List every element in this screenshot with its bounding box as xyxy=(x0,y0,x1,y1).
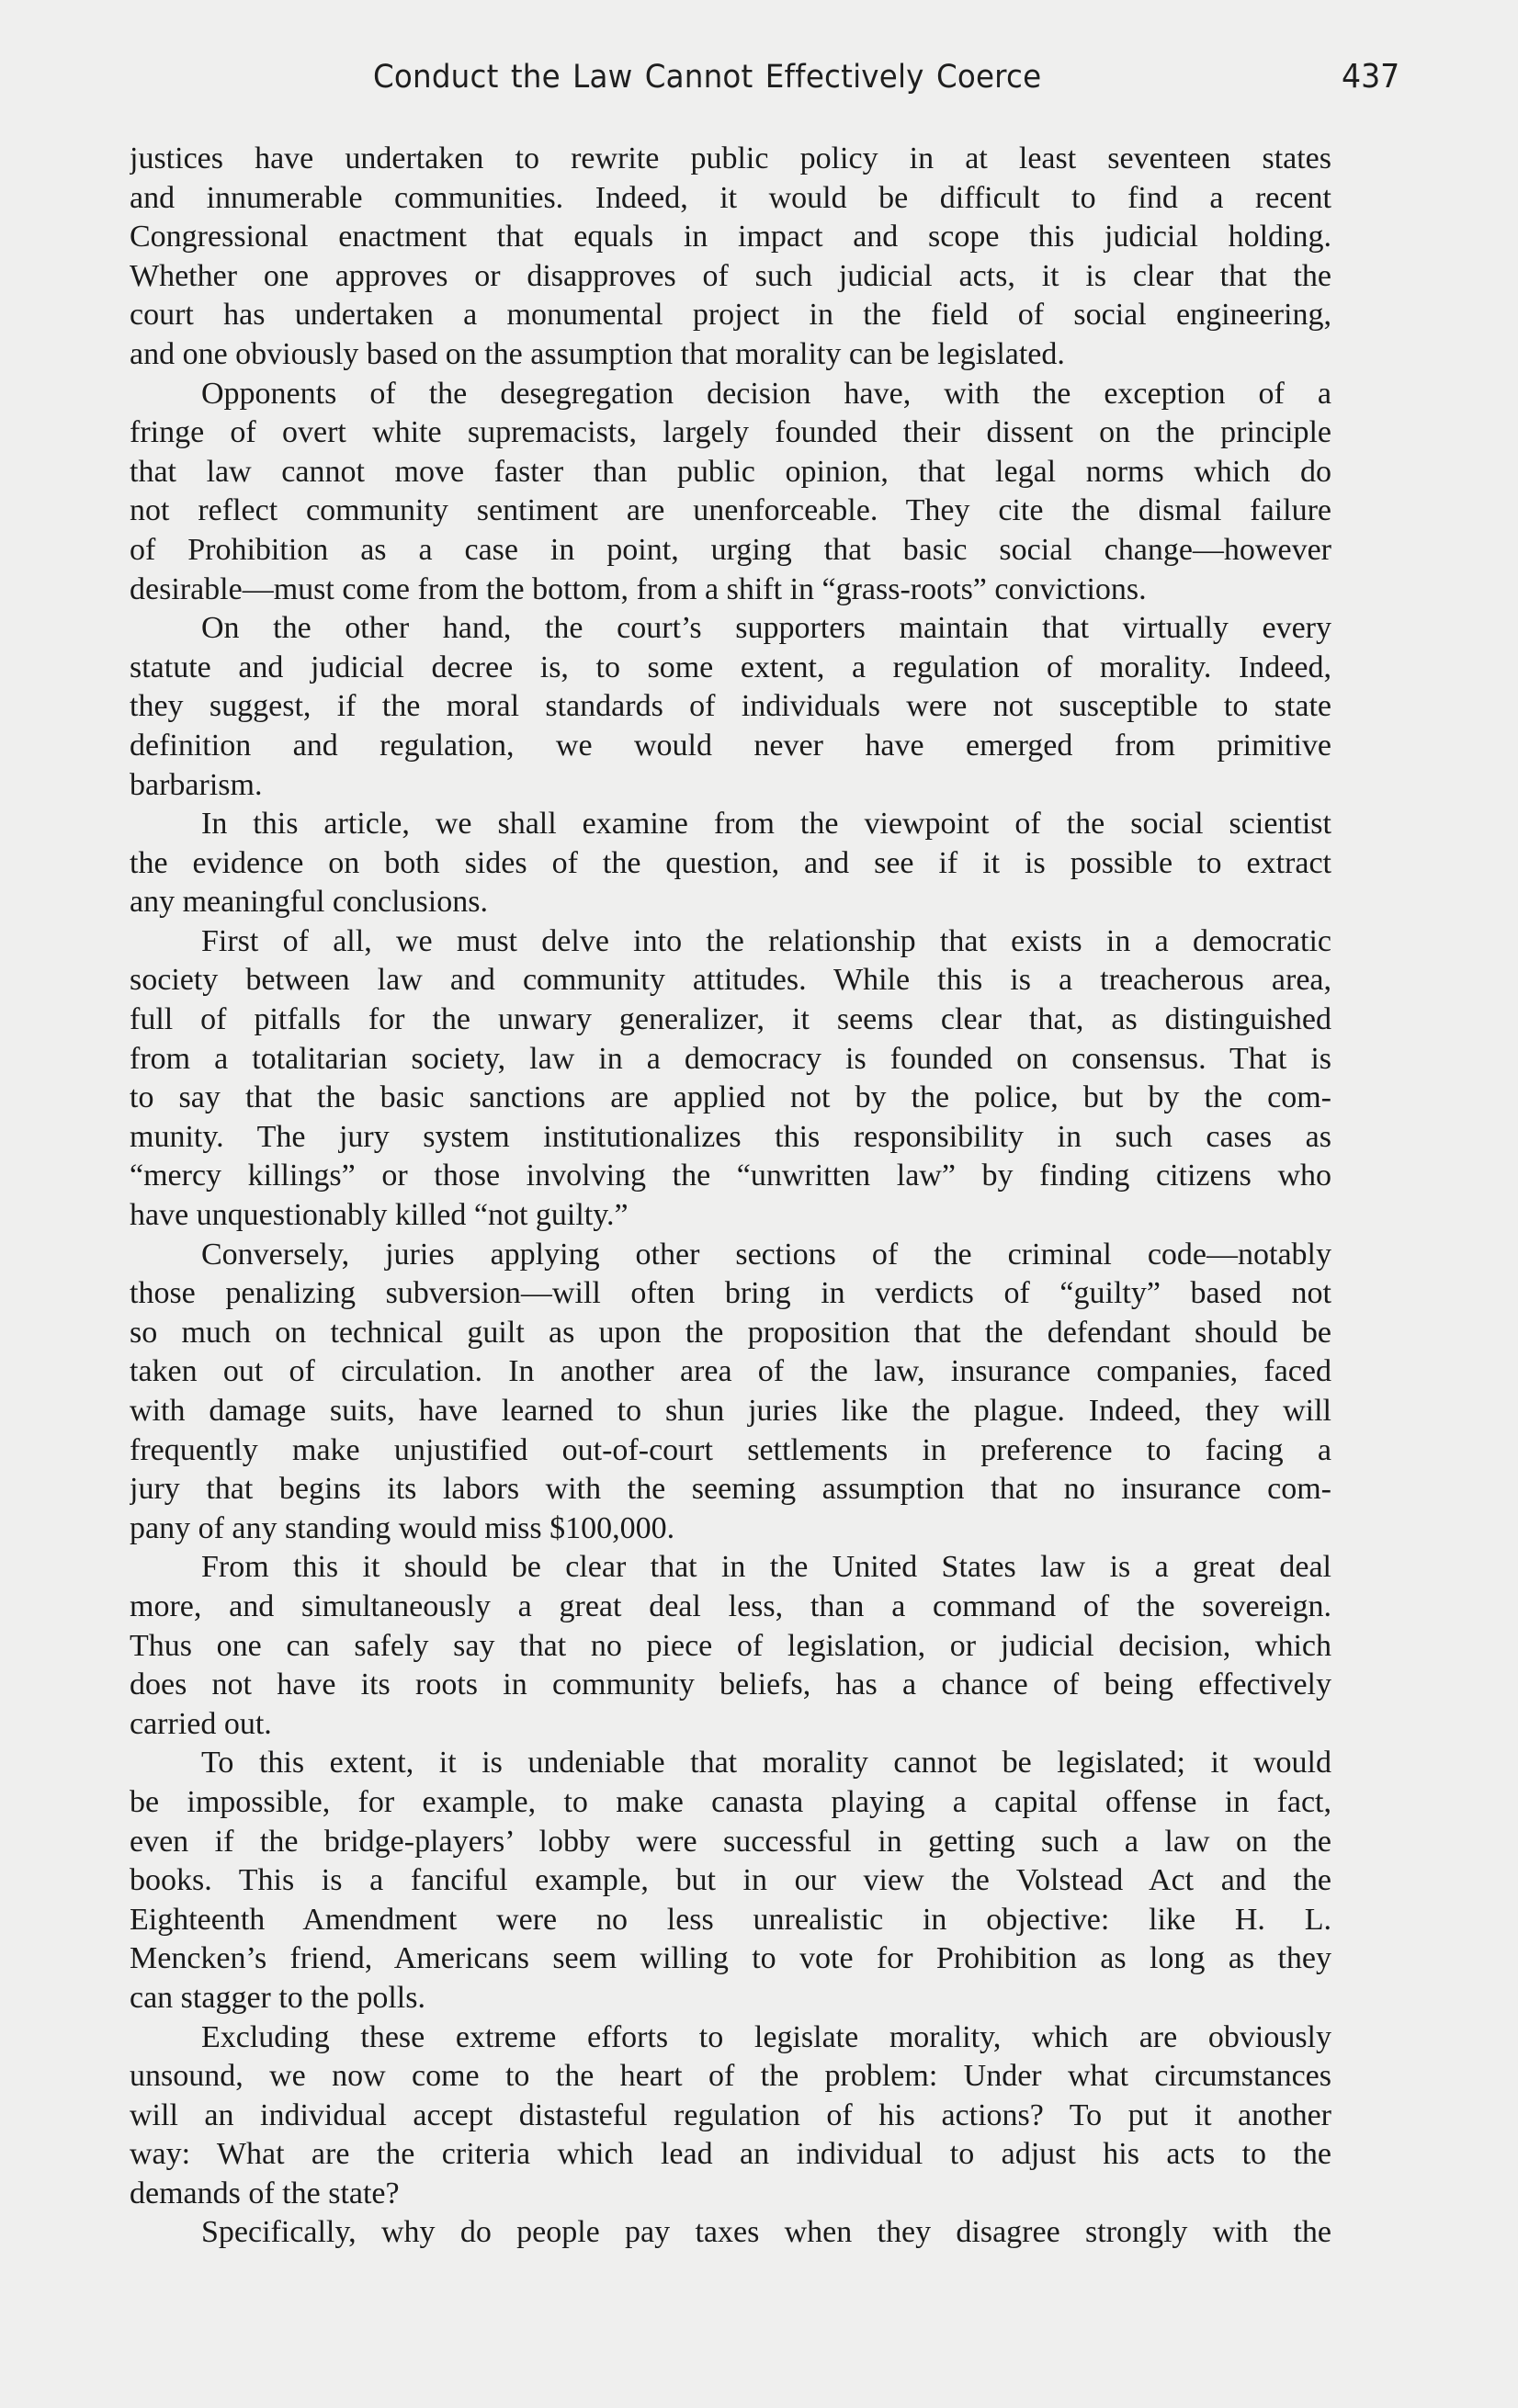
text-line: Opponents of the desegregation decision … xyxy=(130,375,1331,414)
text-line: any meaningful conclusions. xyxy=(130,883,1331,922)
text-line: those penalizing subversion—will often b… xyxy=(130,1274,1331,1314)
text-line: “mercy killings” or those involving the … xyxy=(130,1157,1331,1196)
text-line: so much on technical guilt as upon the p… xyxy=(130,1314,1331,1353)
text-line: Eighteenth Amendment were no less unreal… xyxy=(130,1901,1331,1940)
text-line: Mencken’s friend, Americans seem willing… xyxy=(130,1939,1331,1979)
paragraph: In this article, we shall examine from t… xyxy=(130,805,1331,922)
text-line: pany of any standing would miss $100,000… xyxy=(130,1509,1331,1549)
paragraph: Excluding these extreme efforts to legis… xyxy=(130,2018,1331,2214)
text-line: fringe of overt white supremacists, larg… xyxy=(130,413,1331,453)
text-line: full of pitfalls for the unwary generali… xyxy=(130,1001,1331,1040)
text-line: they suggest, if the moral standards of … xyxy=(130,687,1331,727)
text-line: and one obviously based on the assumptio… xyxy=(130,335,1331,375)
page-number: 437 xyxy=(1342,57,1399,97)
paragraph: First of all, we must delve into the rel… xyxy=(130,922,1331,1236)
text-line: Conversely, juries applying other sectio… xyxy=(130,1236,1331,1275)
book-page: Conduct the Law Cannot Effectively Coerc… xyxy=(0,0,1518,2408)
text-line: definition and regulation, we would neve… xyxy=(130,727,1331,766)
text-line: unsound, we now come to the heart of the… xyxy=(130,2057,1331,2097)
paragraph: Conversely, juries applying other sectio… xyxy=(130,1236,1331,1549)
body-text: justices have undertaken to rewrite publ… xyxy=(130,140,1331,2253)
text-line: jury that begins its labors with the see… xyxy=(130,1470,1331,1509)
text-line: demands of the state? xyxy=(130,2175,1331,2214)
text-line: taken out of circulation. In another are… xyxy=(130,1352,1331,1392)
text-line: to say that the basic sanctions are appl… xyxy=(130,1079,1331,1118)
running-head: Conduct the Law Cannot Effectively Coerc… xyxy=(0,57,1518,97)
text-line: books. This is a fanciful example, but i… xyxy=(130,1861,1331,1901)
paragraph: On the other hand, the court’s supporter… xyxy=(130,609,1331,805)
text-line: frequently make unjustified out-of-court… xyxy=(130,1431,1331,1471)
text-line: from a totalitarian society, law in a de… xyxy=(130,1040,1331,1080)
text-line: From this it should be clear that in the… xyxy=(130,1548,1331,1588)
paragraph: To this extent, it is undeniable that mo… xyxy=(130,1744,1331,2018)
text-line: can stagger to the polls. xyxy=(130,1979,1331,2018)
text-line: desirable—must come from the bottom, fro… xyxy=(130,571,1331,610)
text-line: Specifically, why do people pay taxes wh… xyxy=(130,2213,1331,2253)
text-line: justices have undertaken to rewrite publ… xyxy=(130,140,1331,179)
text-line: and innumerable communities. Indeed, it … xyxy=(130,179,1331,219)
text-line: with damage suits, have learned to shun … xyxy=(130,1392,1331,1431)
paragraph: Specifically, why do people pay taxes wh… xyxy=(130,2213,1331,2253)
text-line: that law cannot move faster than public … xyxy=(130,453,1331,492)
paragraph: From this it should be clear that in the… xyxy=(130,1548,1331,1744)
text-line: even if the bridge-players’ lobby were s… xyxy=(130,1823,1331,1862)
text-line: not reflect community sentiment are unen… xyxy=(130,492,1331,531)
text-line: of Prohibition as a case in point, urgin… xyxy=(130,531,1331,571)
text-line: To this extent, it is undeniable that mo… xyxy=(130,1744,1331,1783)
text-line: Excluding these extreme efforts to legis… xyxy=(130,2018,1331,2058)
text-line: Congressional enactment that equals in i… xyxy=(130,218,1331,257)
text-line: court has undertaken a monumental projec… xyxy=(130,296,1331,335)
text-line: will an individual accept distasteful re… xyxy=(130,2097,1331,2136)
text-line: In this article, we shall examine from t… xyxy=(130,805,1331,844)
text-line: carried out. xyxy=(130,1705,1331,1745)
text-line: Whether one approves or disapproves of s… xyxy=(130,257,1331,297)
running-title: Conduct the Law Cannot Effectively Coerc… xyxy=(373,57,1041,97)
text-line: On the other hand, the court’s supporter… xyxy=(130,609,1331,649)
paragraph: justices have undertaken to rewrite publ… xyxy=(130,140,1331,375)
text-line: the evidence on both sides of the questi… xyxy=(130,844,1331,884)
text-line: statute and judicial decree is, to some … xyxy=(130,649,1331,688)
text-line: have unquestionably killed “not guilty.” xyxy=(130,1196,1331,1236)
text-line: First of all, we must delve into the rel… xyxy=(130,922,1331,962)
text-line: barbarism. xyxy=(130,766,1331,806)
text-line: does not have its roots in community bel… xyxy=(130,1666,1331,1705)
paragraph: Opponents of the desegregation decision … xyxy=(130,375,1331,610)
text-line: more, and simultaneously a great deal le… xyxy=(130,1588,1331,1627)
text-line: Thus one can safely say that no piece of… xyxy=(130,1627,1331,1667)
text-line: society between law and community attitu… xyxy=(130,961,1331,1001)
text-line: be impossible, for example, to make cana… xyxy=(130,1783,1331,1823)
text-line: way: What are the criteria which lead an… xyxy=(130,2135,1331,2175)
text-line: munity. The jury system institutionalize… xyxy=(130,1118,1331,1158)
